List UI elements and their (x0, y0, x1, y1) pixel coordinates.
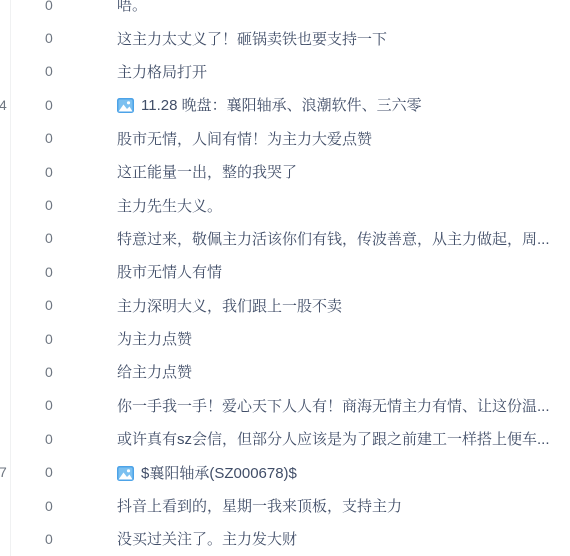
post-title-link[interactable]: 没买过关注了。主力发大财 (117, 528, 297, 549)
like-count: 0 (45, 97, 71, 113)
table-row: 0 主力深明大义，我们跟上一股不卖 (0, 289, 570, 322)
reply-count: 7 (0, 464, 11, 480)
like-count: 0 (45, 531, 71, 547)
post-title-link[interactable]: 11.28 晚盘：襄阳轴承、浪潮软件、三六零 (117, 94, 422, 115)
post-title-text: 主力先生大义。 (117, 195, 222, 216)
post-title-link[interactable]: 股市无情，人间有情！为主力大爱点赞 (117, 128, 372, 149)
like-count: 0 (45, 331, 71, 347)
post-title-text: 特意过来，敬佩主力活该你们有钱，传波善意，从主力做起，周... (117, 228, 550, 249)
post-title-text: 唔。 (117, 0, 147, 15)
like-count: 0 (45, 264, 71, 280)
table-row: 0 股市无情人有情 (0, 255, 570, 288)
post-title-text: 这主力太丈义了！砸锅卖铁也要支持一下 (117, 28, 387, 49)
post-title-text: 股市无情，人间有情！为主力大爱点赞 (117, 128, 372, 149)
table-row: 0 主力先生大义。 (0, 188, 570, 221)
post-title-text: 给主力点赞 (117, 361, 192, 382)
table-row: 0 主力格局打开 (0, 55, 570, 88)
post-title-link[interactable]: 主力先生大义。 (117, 195, 222, 216)
like-count: 0 (45, 164, 71, 180)
table-row: 0 你一手我一手！爱心天下人人有！商海无情主力有情、让这份温... (0, 389, 570, 422)
table-row: 0 股市无情，人间有情！为主力大爱点赞 (0, 122, 570, 155)
post-title-link[interactable]: 特意过来，敬佩主力活该你们有钱，传波善意，从主力做起，周... (117, 228, 550, 249)
table-row: 0 特意过来，敬佩主力活该你们有钱，传波善意，从主力做起，周... (0, 222, 570, 255)
post-title-link[interactable]: 给主力点赞 (117, 361, 192, 382)
table-row: 0 唔。 (0, 0, 570, 21)
like-count: 0 (45, 230, 71, 246)
post-title-text: 你一手我一手！爱心天下人人有！商海无情主力有情、让这份温... (117, 395, 550, 416)
post-title-text: $襄阳轴承(SZ000678)$ (141, 462, 297, 483)
table-row: 7 0 $襄阳轴承(SZ000678)$ (0, 455, 570, 488)
post-title-link[interactable]: 股市无情人有情 (117, 261, 222, 282)
post-title-text: 或许真有sz会信，但部分人应该是为了跟之前建工一样搭上便车... (117, 428, 550, 449)
image-attachment-icon (117, 466, 134, 481)
post-title-link[interactable]: 为主力点赞 (117, 328, 192, 349)
post-title-link[interactable]: 这主力太丈义了！砸锅卖铁也要支持一下 (117, 28, 387, 49)
like-count: 0 (45, 197, 71, 213)
post-title-link[interactable]: 或许真有sz会信，但部分人应该是为了跟之前建工一样搭上便车... (117, 428, 550, 449)
like-count: 0 (45, 297, 71, 313)
post-title-text: 为主力点赞 (117, 328, 192, 349)
post-title-link[interactable]: 主力格局打开 (117, 61, 207, 82)
table-row: 0 给主力点赞 (0, 355, 570, 388)
post-title-text: 主力格局打开 (117, 61, 207, 82)
table-row: 0 没买过关注了。主力发大财 (0, 522, 570, 555)
table-row: 4 0 11.28 晚盘：襄阳轴承、浪潮软件、三六零 (0, 88, 570, 121)
like-count: 0 (45, 130, 71, 146)
table-row: 0 为主力点赞 (0, 322, 570, 355)
like-count: 0 (45, 397, 71, 413)
thread-rows: 0 唔。 0 这主力太丈义了！砸锅卖铁也要支持一下 0 主力格局打开 4 0 (0, 0, 570, 556)
thread-list: 0 唔。 0 这主力太丈义了！砸锅卖铁也要支持一下 0 主力格局打开 4 0 (0, 0, 570, 556)
post-title-text: 主力深明大义，我们跟上一股不卖 (117, 295, 342, 316)
post-title-link[interactable]: 你一手我一手！爱心天下人人有！商海无情主力有情、让这份温... (117, 395, 550, 416)
like-count: 0 (45, 498, 71, 514)
image-attachment-icon (117, 98, 134, 113)
table-row: 0 这主力太丈义了！砸锅卖铁也要支持一下 (0, 21, 570, 54)
like-count: 0 (45, 63, 71, 79)
post-title-link[interactable]: $襄阳轴承(SZ000678)$ (117, 462, 297, 483)
post-title-link[interactable]: 唔。 (117, 0, 147, 15)
post-title-text: 这正能量一出，整的我哭了 (117, 161, 297, 182)
table-row: 0 或许真有sz会信，但部分人应该是为了跟之前建工一样搭上便车... (0, 422, 570, 455)
post-title-text: 抖音上看到的，星期一我来顶板，支持主力 (117, 495, 402, 516)
post-title-link[interactable]: 抖音上看到的，星期一我来顶板，支持主力 (117, 495, 402, 516)
table-row: 0 抖音上看到的，星期一我来顶板，支持主力 (0, 489, 570, 522)
post-title-link[interactable]: 这正能量一出，整的我哭了 (117, 161, 297, 182)
post-title-link[interactable]: 主力深明大义，我们跟上一股不卖 (117, 295, 342, 316)
post-title-text: 股市无情人有情 (117, 261, 222, 282)
reply-count: 4 (0, 97, 11, 113)
post-title-text: 没买过关注了。主力发大财 (117, 528, 297, 549)
like-count: 0 (45, 30, 71, 46)
like-count: 0 (45, 464, 71, 480)
post-title-text: 11.28 晚盘：襄阳轴承、浪潮软件、三六零 (141, 94, 422, 115)
table-row: 0 这正能量一出，整的我哭了 (0, 155, 570, 188)
like-count: 0 (45, 364, 71, 380)
like-count: 0 (45, 431, 71, 447)
like-count: 0 (45, 0, 71, 13)
